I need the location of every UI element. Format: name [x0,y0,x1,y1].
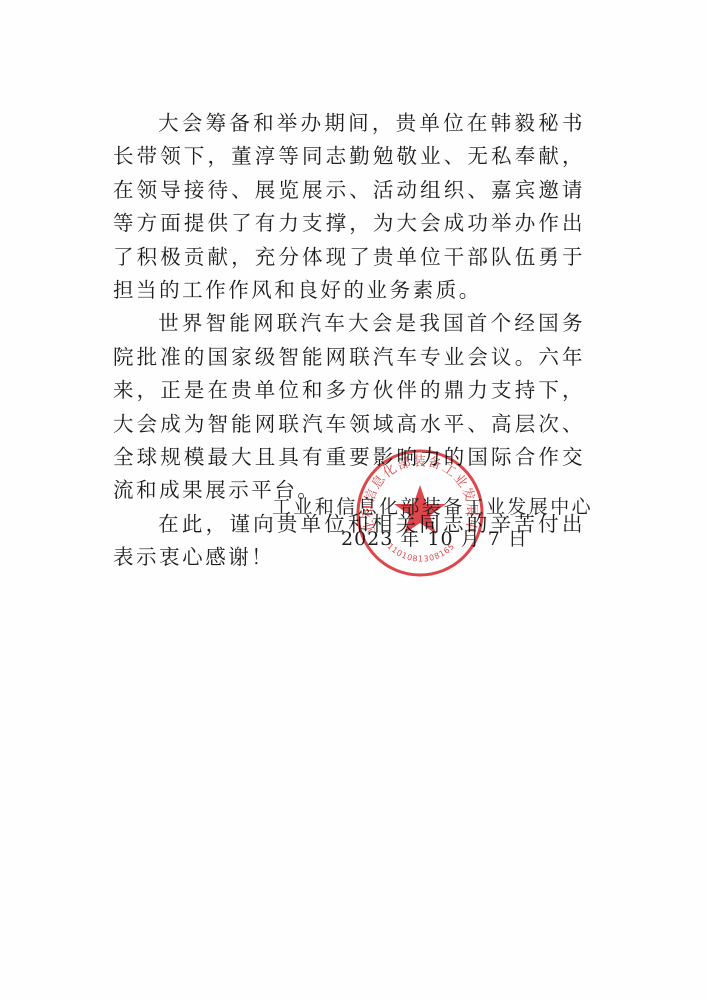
signature-block: 工业和信息化部装备工业发展中心 2023 年 10 月 7 日 [272,491,592,555]
letter-page: 大会筹备和举办期间，贵单位在韩毅秘书长带领下，董淳等同志勤勉敬业、无私奉献，在领… [0,0,707,1000]
paragraph-acknowledgement: 大会筹备和举办期间，贵单位在韩毅秘书长带领下，董淳等同志勤勉敬业、无私奉献，在领… [113,107,585,307]
signing-date: 2023 年 10 月 7 日 [272,523,592,555]
signing-organization: 工业和信息化部装备工业发展中心 [272,491,592,523]
paragraph-conference-description: 世界智能网联汽车大会是我国首个经国务院批准的国家级智能网联汽车专业会议。六年来，… [113,307,585,507]
